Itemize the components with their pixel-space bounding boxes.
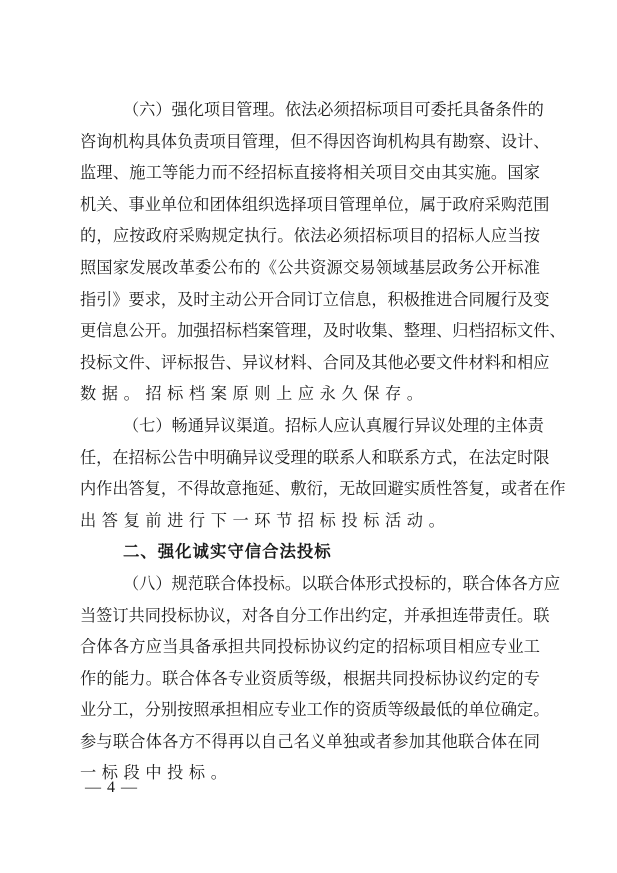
paragraph-line: 机关、事业单位和团体组织选择项目管理单位，属于政府采购范围	[80, 189, 540, 221]
paragraph-item-6: （六）强化项目管理。依法必须招标项目可委托具备条件的 咨询机构具体负责项目管理，…	[80, 94, 540, 410]
paragraph-line: 更信息公开。加强招标档案管理，及时收集、整理、归档招标文件、	[80, 315, 540, 347]
paragraph-line: （六）强化项目管理。依法必须招标项目可委托具备条件的	[80, 94, 540, 126]
paragraph-line: 投标文件、评标报告、异议材料、合同及其他必要文件材料和相应	[80, 347, 540, 379]
document-body: （六）强化项目管理。依法必须招标项目可委托具备条件的 咨询机构具体负责项目管理，…	[80, 94, 540, 789]
section-heading: 二、强化诚实守信合法投标	[80, 536, 540, 568]
paragraph-line: （七）畅通异议渠道。招标人应认真履行异议处理的主体责	[80, 410, 540, 442]
paragraph-line: 内作出答复，不得故意拖延、敷衍，无故回避实质性答复，或者在作	[80, 473, 540, 505]
paragraph-line: 监理、施工等能力而不经招标直接将相关项目交由其实施。国家	[80, 157, 540, 189]
paragraph-line: 照国家发展改革委公布的《公共资源交易领域基层政务公开标准	[80, 252, 540, 284]
paragraph-line: 参与联合体各方不得再以自己名义单独或者参加其他联合体在同	[80, 726, 540, 758]
paragraph-line: 任，在招标公告中明确异议受理的联系人和联系方式，在法定时限	[80, 442, 540, 474]
paragraph-line: 一标段中投标。	[80, 757, 540, 789]
document-page: （六）强化项目管理。依法必须招标项目可委托具备条件的 咨询机构具体负责项目管理，…	[0, 0, 617, 873]
paragraph-line: 当签订共同投标协议，对各自分工作出约定，并承担连带责任。联	[80, 600, 540, 632]
paragraph-item-7: （七）畅通异议渠道。招标人应认真履行异议处理的主体责 任，在招标公告中明确异议受…	[80, 410, 540, 536]
paragraph-line: 出答复前进行下一环节招标投标活动。	[80, 505, 540, 537]
paragraph-line: 合体各方应当具备承担共同投标协议约定的招标项目相应专业工	[80, 631, 540, 663]
paragraph-item-8: （八）规范联合体投标。以联合体形式投标的，联合体各方应 当签订共同投标协议，对各…	[80, 568, 540, 789]
paragraph-line: 指引》要求，及时主动公开合同订立信息，积极推进合同履行及变	[80, 284, 540, 316]
paragraph-line: 咨询机构具体负责项目管理，但不得因咨询机构具有勘察、设计、	[80, 126, 540, 158]
paragraph-line: （八）规范联合体投标。以联合体形式投标的，联合体各方应	[80, 568, 540, 600]
paragraph-line: 业分工，分别按照承担相应专业工作的资质等级最低的单位确定。	[80, 694, 540, 726]
paragraph-line: 数据。招标档案原则上应永久保存。	[80, 378, 540, 410]
paragraph-line: 的，应按政府采购规定执行。依法必须招标项目的招标人应当按	[80, 220, 540, 252]
paragraph-line: 作的能力。联合体各专业资质等级，根据共同投标协议约定的专	[80, 663, 540, 695]
page-number: — 4 —	[85, 779, 138, 797]
